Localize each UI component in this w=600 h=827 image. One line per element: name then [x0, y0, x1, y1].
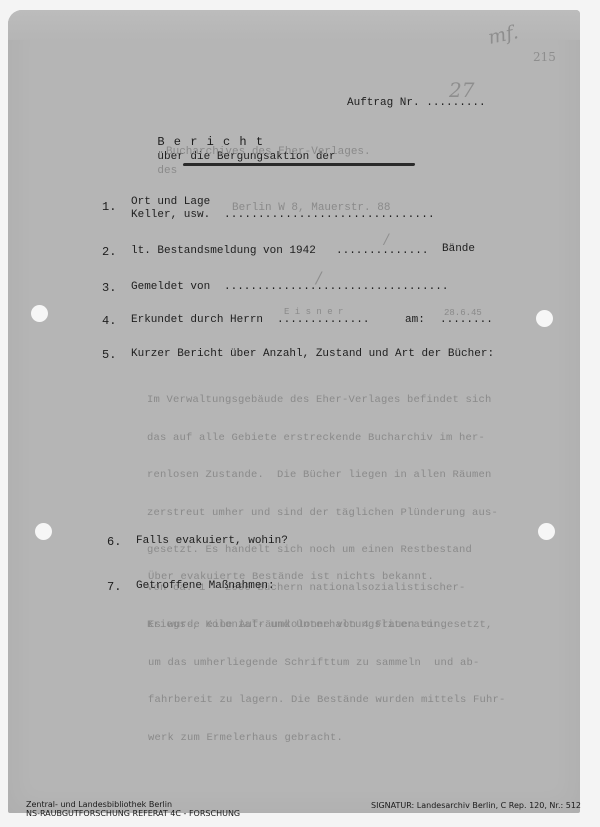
- punch-hole: [35, 523, 52, 540]
- report-subtitle: Bucharchives des Eher-Verlages.: [166, 146, 371, 158]
- item-7-text: Es wurde eine Aufräumkolonne von 4 Fraue…: [148, 594, 506, 757]
- text-line: renlosen Zustande. Die Bücher liegen in …: [147, 469, 498, 482]
- item-5-label: Kurzer Bericht über Anzahl, Zustand und …: [131, 348, 494, 360]
- text-line: das auf alle Gebiete erstreckende Buchar…: [147, 432, 498, 445]
- title-faint: des: [157, 165, 177, 177]
- item-2-number: 2.: [102, 245, 116, 259]
- text-line: zerstreut umher und sind der täglichen P…: [147, 507, 498, 520]
- item-1-label-line2: Keller, usw.: [131, 209, 210, 221]
- item-6-number: 6.: [107, 535, 121, 549]
- item-3-number: 3.: [102, 281, 116, 295]
- item-5-number: 5.: [102, 348, 116, 362]
- item-1-number: 1.: [102, 200, 116, 214]
- punch-hole: [536, 310, 553, 327]
- item-2-value: /: [384, 232, 389, 248]
- punch-hole: [538, 523, 555, 540]
- text-line: Es wurde eine Aufräumkolonne von 4 Fraue…: [148, 619, 506, 632]
- footer-department: NS-RAUBGUTFORSCHUNG REFERAT 4C - FORSCHU…: [26, 809, 240, 818]
- item-3-value: /: [316, 268, 321, 287]
- footer-signature: SIGNATUR: Landesarchiv Berlin, C Rep. 12…: [371, 801, 581, 810]
- footer-library-name: Zentral- und Landesbibliothek Berlin: [26, 800, 172, 809]
- item-1-value: Berlin W 8, Mauerstr. 88: [232, 202, 390, 214]
- item-3-label: Gemeldet von: [131, 281, 210, 293]
- item-4-date-label: am:: [405, 314, 425, 326]
- punch-hole: [31, 305, 48, 322]
- item-7-number: 7.: [107, 580, 121, 594]
- item-4-value: E i s n e r: [284, 307, 343, 317]
- item-7-label: Getroffene Maßnahmen:: [136, 580, 275, 592]
- text-line: fahrbereit zu lagern. Die Bestände wurde…: [148, 694, 506, 707]
- item-4-number: 4.: [102, 314, 116, 328]
- text-line: Im Verwaltungsgebäude des Eher-Verlages …: [147, 394, 498, 407]
- text-line: um das umherliegende Schrifttum zu samme…: [148, 657, 506, 670]
- item-1-label-line1: Ort und Lage: [131, 196, 210, 208]
- subtitle-underline: [183, 163, 416, 166]
- item-2-label: lt. Bestandsmeldung von 1942: [131, 245, 316, 257]
- item-4-label: Erkundet durch Herrn: [131, 314, 263, 326]
- item-2-suffix: Bände: [442, 243, 475, 255]
- item-4-date-value: 28.6.45: [444, 308, 482, 318]
- item-2-dots: ..............: [336, 245, 428, 257]
- page-number: 215: [533, 50, 556, 64]
- text-line: werk zum Ermelerhaus gebracht.: [148, 732, 506, 745]
- order-label: Auftrag Nr. .........: [347, 97, 486, 109]
- item-3-dots: ..................................: [224, 281, 448, 293]
